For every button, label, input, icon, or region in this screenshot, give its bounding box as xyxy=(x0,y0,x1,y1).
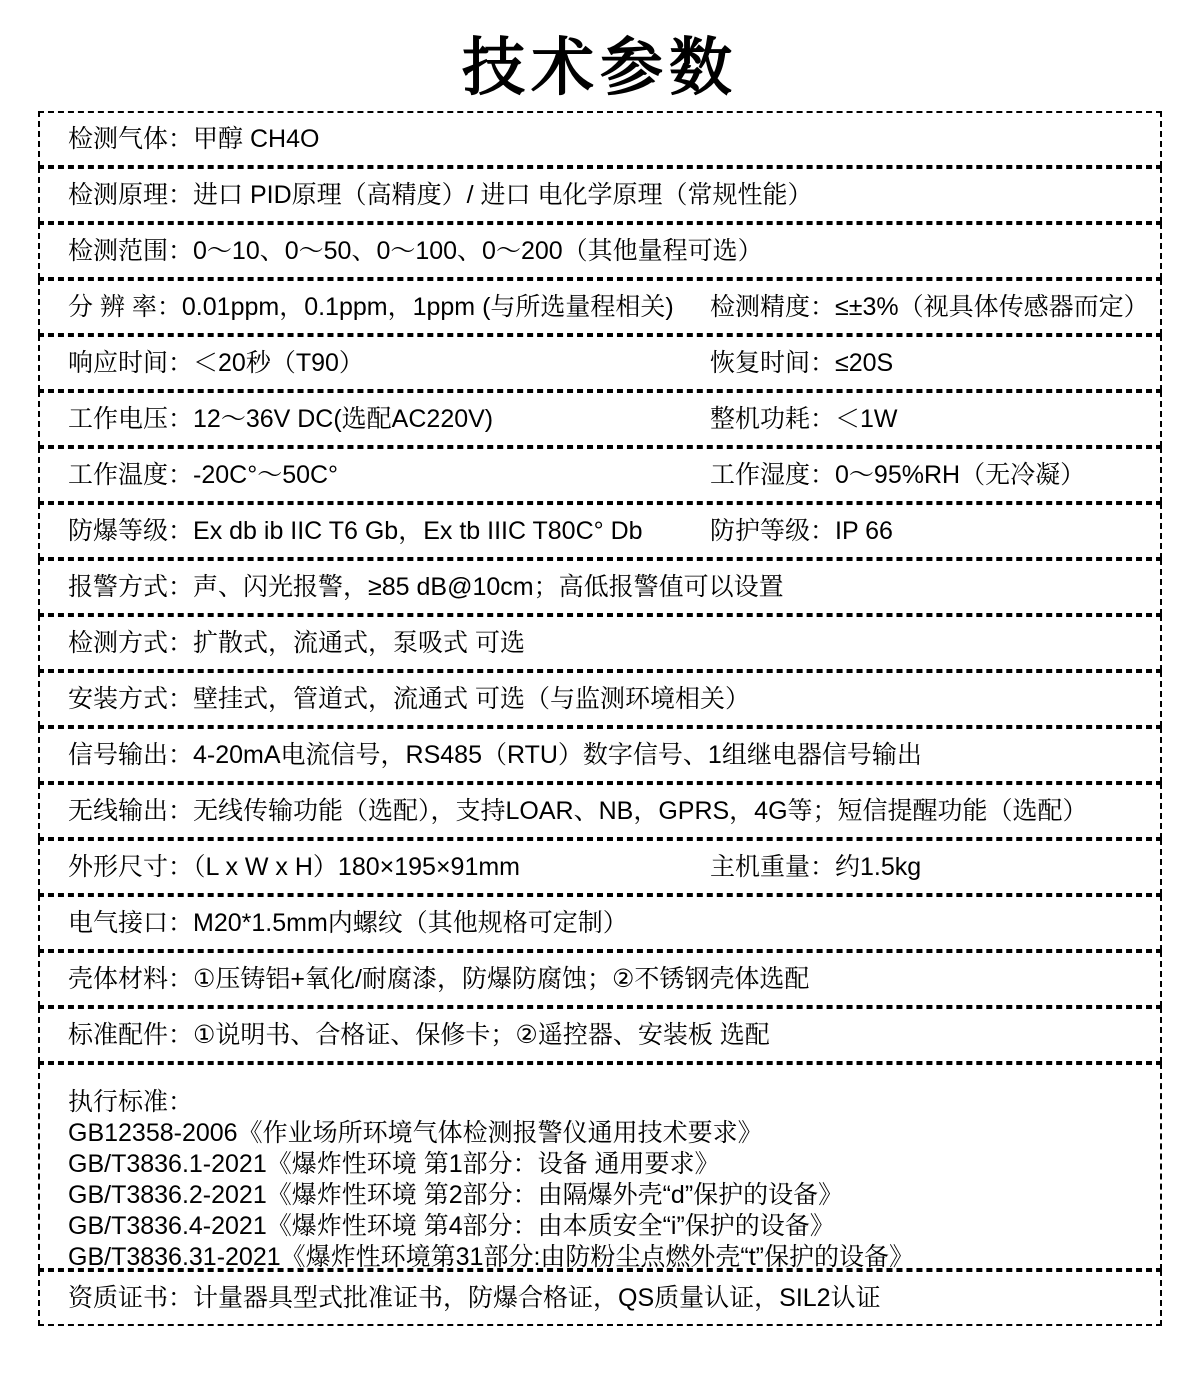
spec-value: 壁挂式，管道式，流通式 可选（与监测环境相关） xyxy=(193,685,750,713)
spec-text: 电气接口：M20*1.5mm内螺纹（其他规格可定制） xyxy=(68,908,628,938)
spec-text: 壳体材料：①压铸铝+氧化/耐腐漆，防爆防腐蚀；②不锈钢壳体选配 xyxy=(68,964,809,994)
spec-text: 标准配件：①说明书、合格证、保修卡；②遥控器、安装板 选配 xyxy=(68,1020,770,1050)
spec-label: 检测精度： xyxy=(710,293,835,321)
spec-text: 报警方式：声、闪光报警，≥85 dB@10cm；高低报警值可以设置 xyxy=(68,572,784,602)
spec-label: 壳体材料： xyxy=(68,965,193,993)
spec-row-signal-output: 信号输出：4-20mA电流信号，RS485（RTU）数字信号、1组继电器信号输出 xyxy=(38,727,1162,783)
spec-row-gas: 检测气体：甲醇 CH4O xyxy=(38,111,1162,167)
spec-value: 扩散式，流通式，泵吸式 可选 xyxy=(193,629,525,657)
spec-text-ip-rating: 防护等级：IP 66 xyxy=(710,516,1140,546)
spec-value: ＜1W xyxy=(835,405,898,433)
spec-label: 检测方式： xyxy=(68,629,193,657)
spec-text: 无线输出：无线传输功能（选配），支持LOAR、NB，GPRS，4G等；短信提醒功… xyxy=(68,796,1088,826)
spec-label: 整机功耗： xyxy=(710,405,835,433)
spec-row-gland: 电气接口：M20*1.5mm内螺纹（其他规格可定制） xyxy=(38,895,1162,951)
spec-row-response-recovery: 响应时间：＜20秒（T90） 恢复时间：≤20S xyxy=(38,335,1162,391)
spec-value: ①压铸铝+氧化/耐腐漆，防爆防腐蚀；②不锈钢壳体选配 xyxy=(193,965,809,993)
spec-label: 检测范围： xyxy=(68,237,193,265)
spec-value: ①说明书、合格证、保修卡；②遥控器、安装板 选配 xyxy=(193,1021,770,1049)
spec-label: 工作湿度： xyxy=(710,461,835,489)
spec-text-temperature: 工作温度：-20C°～50C° xyxy=(68,460,710,490)
page-title: 技术参数 xyxy=(0,0,1200,111)
tech-spec-sheet: 技术参数 检测气体：甲醇 CH4O 检测原理：进口 PID原理（高精度）/ 进口… xyxy=(0,0,1200,1398)
spec-value: Ex db ib IIC T6 Gb，Ex tb IIIC T80C° Db xyxy=(193,517,643,545)
spec-value: 4-20mA电流信号，RS485（RTU）数字信号、1组继电器信号输出 xyxy=(193,741,922,769)
spec-text: 检测原理：进口 PID原理（高精度）/ 进口 电化学原理（常规性能） xyxy=(68,180,812,210)
spec-value: 12～36V DC(选配AC220V) xyxy=(193,405,493,433)
spec-label: 信号输出： xyxy=(68,741,193,769)
spec-text: 检测方式：扩散式，流通式，泵吸式 可选 xyxy=(68,628,525,658)
spec-text-accuracy: 检测精度：≤±3%（视具体传感器而定） xyxy=(710,292,1149,322)
spec-label: 执行标准： xyxy=(68,1087,1140,1118)
spec-value: -20C°～50C° xyxy=(193,461,338,489)
spec-table: 检测气体：甲醇 CH4O 检测原理：进口 PID原理（高精度）/ 进口 电化学原… xyxy=(38,111,1162,1326)
spec-row-dimensions-weight: 外形尺寸：（L x W x H）180×195×91mm 主机重量：约1.5kg xyxy=(38,839,1162,895)
spec-text: 安装方式：壁挂式，管道式，流通式 可选（与监测环境相关） xyxy=(68,684,750,714)
spec-value: 声、闪光报警，≥85 dB@10cm；高低报警值可以设置 xyxy=(193,573,784,601)
spec-value: 进口 PID原理（高精度）/ 进口 电化学原理（常规性能） xyxy=(193,181,812,209)
spec-label: 恢复时间： xyxy=(710,349,835,377)
spec-label: 工作温度： xyxy=(68,461,193,489)
spec-value: 0～10、0～50、0～100、0～200（其他量程可选） xyxy=(193,237,763,265)
spec-row-accessories: 标准配件：①说明书、合格证、保修卡；②遥控器、安装板 选配 xyxy=(38,1007,1162,1063)
spec-text: 检测气体：甲醇 CH4O xyxy=(68,124,319,154)
spec-text-humidity: 工作湿度：0～95%RH（无冷凝） xyxy=(710,460,1140,490)
spec-label: 无线输出： xyxy=(68,797,193,825)
spec-row-temperature-humidity: 工作温度：-20C°～50C° 工作湿度：0～95%RH（无冷凝） xyxy=(38,447,1162,503)
spec-label: 工作电压： xyxy=(68,405,193,433)
spec-row-standards: 执行标准： GB12358-2006《作业场所环境气体检测报警仪通用技术要求》 … xyxy=(38,1063,1162,1270)
spec-text-resolution: 分 辨 率：0.01ppm，0.1ppm，1ppm (与所选量程相关) xyxy=(68,292,710,322)
spec-label: 安装方式： xyxy=(68,685,193,713)
spec-label: 防爆等级： xyxy=(68,517,193,545)
spec-text: 检测范围：0～10、0～50、0～100、0～200（其他量程可选） xyxy=(68,236,763,266)
spec-text-response-time: 响应时间：＜20秒（T90） xyxy=(68,348,710,378)
spec-row-wireless: 无线输出：无线传输功能（选配），支持LOAR、NB，GPRS，4G等；短信提醒功… xyxy=(38,783,1162,839)
spec-label: 外形尺寸： xyxy=(68,853,193,881)
standard-line: GB/T3836.31-2021《爆炸性环境第31部分:由防粉尘点燃外壳“t”保… xyxy=(68,1242,1140,1273)
spec-row-range: 检测范围：0～10、0～50、0～100、0～200（其他量程可选） xyxy=(38,223,1162,279)
spec-label: 防护等级： xyxy=(710,517,835,545)
standard-line: GB/T3836.4-2021《爆炸性环境 第4部分：由本质安全“i”保护的设备… xyxy=(68,1211,1140,1242)
spec-text: 信号输出：4-20mA电流信号，RS485（RTU）数字信号、1组继电器信号输出 xyxy=(68,740,922,770)
spec-value: ＜20秒（T90） xyxy=(193,349,364,377)
spec-label: 主机重量： xyxy=(710,853,835,881)
standard-line: GB/T3836.1-2021《爆炸性环境 第1部分：设备 通用要求》 xyxy=(68,1149,1140,1180)
spec-value: ≤±3%（视具体传感器而定） xyxy=(835,293,1149,321)
spec-row-housing: 壳体材料：①压铸铝+氧化/耐腐漆，防爆防腐蚀；②不锈钢壳体选配 xyxy=(38,951,1162,1007)
spec-value: M20*1.5mm内螺纹（其他规格可定制） xyxy=(193,909,628,937)
spec-row-alarm: 报警方式：声、闪光报警，≥85 dB@10cm；高低报警值可以设置 xyxy=(38,559,1162,615)
spec-text-recovery-time: 恢复时间：≤20S xyxy=(710,348,1140,378)
spec-row-ex-ip-rating: 防爆等级：Ex db ib IIC T6 Gb，Ex tb IIIC T80C°… xyxy=(38,503,1162,559)
spec-text-ex-rating: 防爆等级：Ex db ib IIC T6 Gb，Ex tb IIIC T80C°… xyxy=(68,516,710,546)
spec-label: 分 辨 率： xyxy=(68,293,182,321)
spec-value: 约1.5kg xyxy=(835,853,921,881)
spec-label: 检测气体： xyxy=(68,125,193,153)
spec-row-detection-mode: 检测方式：扩散式，流通式，泵吸式 可选 xyxy=(38,615,1162,671)
spec-value: 无线传输功能（选配），支持LOAR、NB，GPRS，4G等；短信提醒功能（选配） xyxy=(193,797,1088,825)
spec-value: （L x W x H）180×195×91mm xyxy=(193,853,520,881)
spec-row-resolution-accuracy: 分 辨 率：0.01ppm，0.1ppm，1ppm (与所选量程相关) 检测精度… xyxy=(38,279,1162,335)
spec-value: 0.01ppm，0.1ppm，1ppm (与所选量程相关) xyxy=(182,293,674,321)
spec-text-dimensions: 外形尺寸：（L x W x H）180×195×91mm xyxy=(68,852,710,882)
spec-value: ≤20S xyxy=(835,349,893,377)
spec-row-principle: 检测原理：进口 PID原理（高精度）/ 进口 电化学原理（常规性能） xyxy=(38,167,1162,223)
spec-row-certificates: 资质证书：计量器具型式批准证书，防爆合格证，QS质量认证，SIL2认证 xyxy=(38,1270,1162,1326)
spec-text: 资质证书：计量器具型式批准证书，防爆合格证，QS质量认证，SIL2认证 xyxy=(68,1283,881,1313)
spec-label: 电气接口： xyxy=(68,909,193,937)
spec-value: 计量器具型式批准证书，防爆合格证，QS质量认证，SIL2认证 xyxy=(193,1284,881,1312)
spec-value: 甲醇 CH4O xyxy=(193,125,319,153)
spec-label: 响应时间： xyxy=(68,349,193,377)
spec-label: 资质证书： xyxy=(68,1284,193,1312)
spec-row-installation: 安装方式：壁挂式，管道式，流通式 可选（与监测环境相关） xyxy=(38,671,1162,727)
standard-line: GB12358-2006《作业场所环境气体检测报警仪通用技术要求》 xyxy=(68,1118,1140,1149)
spec-text-voltage: 工作电压：12～36V DC(选配AC220V) xyxy=(68,404,710,434)
spec-label: 报警方式： xyxy=(68,573,193,601)
spec-label: 标准配件： xyxy=(68,1021,193,1049)
spec-text-weight: 主机重量：约1.5kg xyxy=(710,852,1140,882)
spec-text-power: 整机功耗：＜1W xyxy=(710,404,1140,434)
spec-value: 0～95%RH（无冷凝） xyxy=(835,461,1085,489)
standard-line: GB/T3836.2-2021《爆炸性环境 第2部分：由隔爆外壳“d”保护的设备… xyxy=(68,1180,1140,1211)
spec-value: IP 66 xyxy=(835,517,893,545)
spec-row-voltage-power: 工作电压：12～36V DC(选配AC220V) 整机功耗：＜1W xyxy=(38,391,1162,447)
spec-label: 检测原理： xyxy=(68,181,193,209)
